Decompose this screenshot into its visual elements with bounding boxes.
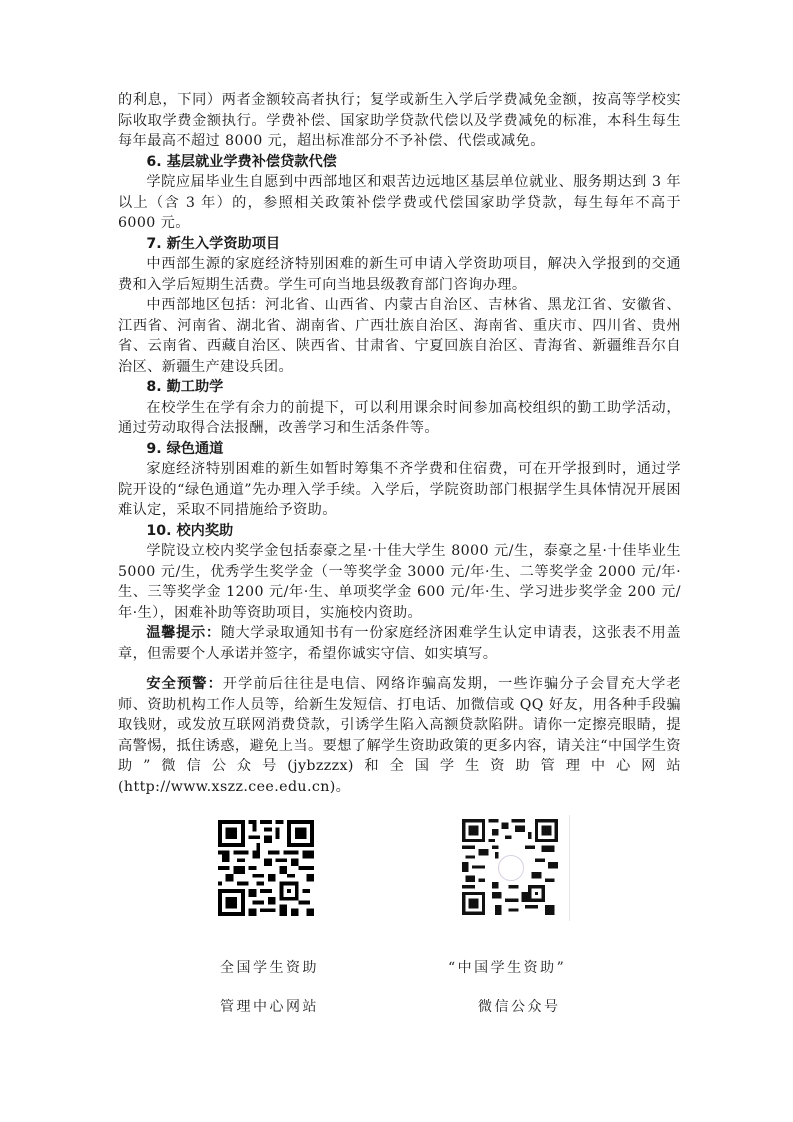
section-6-paragraph: 学院应届毕业生自愿到中西部地区和艰苦边远地区基层单位就业、服务期达到 3 年以上… (118, 172, 681, 234)
qr-code-website-image (218, 820, 314, 916)
section-7-paragraph-1: 中西部生源的家庭经济特别困难的新生可申请入学资助项目，解决入学报到的交通费和入学… (118, 254, 681, 295)
warning-paragraph: 安全预警：开学前后往往是电信、网络诈骗高发期，一些诈骗分子会冒充大学老师、资助机… (118, 674, 681, 797)
qr-code-area (0, 815, 793, 925)
tip-label: 温馨提示： (146, 625, 220, 641)
section-heading-6: 6. 基层就业学费补偿贷款代偿 (118, 152, 681, 173)
tip-paragraph: 温馨提示：随大学录取通知书有一份家庭经济困难学生认定申请表，这张表不用盖章，但需… (118, 623, 681, 664)
section-heading-8: 8. 勤工助学 (118, 377, 681, 398)
section-heading-10: 10. 校内奖助 (118, 521, 681, 542)
section-9-paragraph: 家庭经济特别困难的新生如暂时筹集不齐学费和住宿费，可在开学报到时，通过学院开设的… (118, 459, 681, 521)
warning-label: 安全预警： (146, 676, 222, 692)
section-10-paragraph: 学院设立校内奖学金包括泰豪之星·十佳大学生 8000 元/生，泰豪之星·十佳毕业… (118, 541, 681, 623)
qr-code-with-logo-icon (462, 819, 558, 915)
warning-text: 开学前后往往是电信、网络诈骗高发期，一些诈骗分子会冒充大学老师、资助机构工作人员… (118, 676, 681, 795)
qr-caption-website-line2: 管理中心网站 (220, 996, 319, 1016)
student-aid-logo-icon (498, 855, 524, 881)
divider (569, 815, 570, 921)
qr-caption-wechat-line2: 微信公众号 (478, 996, 561, 1016)
section-heading-7: 7. 新生入学资助项目 (118, 234, 681, 255)
section-heading-9: 9. 绿色通道 (118, 439, 681, 460)
qr-code-icon (218, 820, 314, 916)
spacer (118, 664, 681, 674)
document-body: 的利息，下同）两者金额较高者执行；复学或新生入学后学费减免金额，按高等学校实际收… (118, 90, 681, 797)
intro-paragraph: 的利息，下同）两者金额较高者执行；复学或新生入学后学费减免金额，按高等学校实际收… (118, 90, 681, 152)
section-7-paragraph-2: 中西部地区包括：河北省、山西省、内蒙古自治区、吉林省、黑龙江省、安徽省、江西省、… (118, 295, 681, 377)
qr-caption-website-line1: 全国学生资助 (220, 957, 319, 977)
qr-caption-wechat-line1: “中国学生资助” (448, 957, 566, 977)
section-8-paragraph: 在校学生在学有余力的前提下，可以利用课余时间参加高校组织的勤工助学活动，通过劳动… (118, 398, 681, 439)
